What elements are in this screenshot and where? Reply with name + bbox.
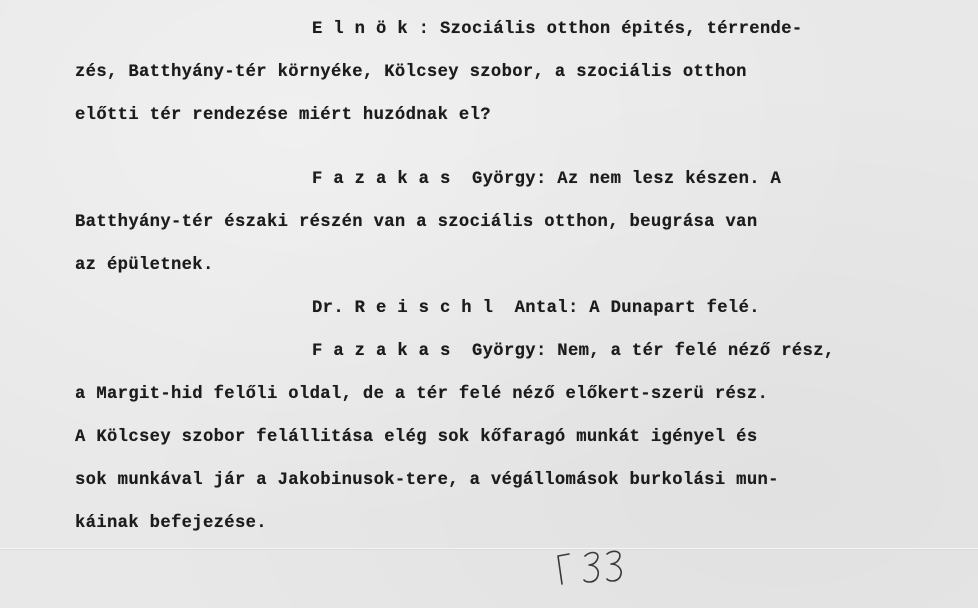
text-line: E l n ö k : Szociális otthon épités, tér… <box>312 20 803 40</box>
text-line: Batthyány-tér északi részén van a szociá… <box>75 213 758 233</box>
text-line: zés, Batthyány-tér környéke, Kölcsey szo… <box>75 63 747 83</box>
text-line: F a z a k a s György: Az nem lesz készen… <box>312 170 781 190</box>
text-line: Dr. R e i s c h l Antal: A Dunapart felé… <box>312 299 760 319</box>
text-line: sok munkával jár a Jakobinusok-tere, a v… <box>75 471 779 491</box>
text-line: A Kölcsey szobor felállitása elég sok kő… <box>75 428 758 448</box>
text-line: a Margit-hid felőli oldal, de a tér felé… <box>75 385 768 405</box>
text-line: F a z a k a s György: Nem, a tér felé né… <box>312 342 835 362</box>
document-page: E l n ö k : Szociális otthon épités, tér… <box>0 0 978 608</box>
handwritten-page-number: 533 <box>555 548 635 593</box>
text-line: előtti tér rendezése miért huzódnak el? <box>75 106 491 126</box>
text-line: az épületnek. <box>75 256 214 276</box>
text-line: káinak befejezése. <box>75 514 267 534</box>
page-fold-line <box>0 548 978 549</box>
